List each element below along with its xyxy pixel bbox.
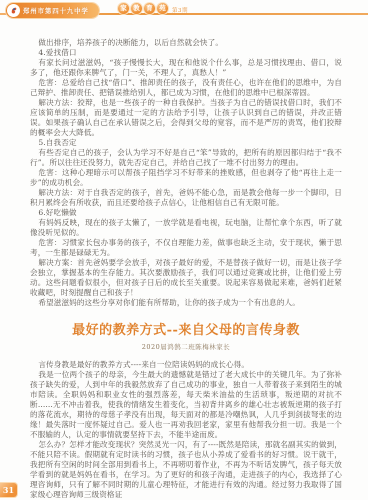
- paragraph: 有家长问过滋滋妈，“孩子慢慢长大，现在和他说个什么事，总是习惯找理由、借口，说多…: [30, 58, 342, 78]
- paragraph: 我是一位两个孩子的母亲，今生最大的遗憾就是错过了老大成长中的关键几年。为了弥补孩…: [30, 370, 342, 440]
- paragraph: 危害：习惯家长包办事务的孩子，不仅自理能力差，做事也缺乏主动，安于现状，懒于思考…: [30, 238, 342, 258]
- section-heading: 6.好吃懒做: [30, 208, 342, 218]
- paragraph: 解决方法：狡辩，也是一些孩子的一种自我保护。当孩子为自己的错误找借口时，我们不应…: [30, 98, 342, 138]
- paragraph: 有妈妈反映，现在的孩子太懒了，一放学就是看电视，玩电脑，让帮忙拿个东西，听了就像…: [30, 218, 342, 238]
- section-heading: 5.自我否定: [30, 138, 342, 148]
- paragraph: 有些否定自己的孩子，会认为学习不好是自己“笨”导致的，把所有的原因都归结于“我不…: [30, 148, 342, 168]
- issue-badge: 苑: [157, 3, 168, 14]
- article-content: 做出排序，培养孩子的决断能力，以后自然就会快了。 4.爱找借口 有家长问过滋滋妈…: [30, 38, 342, 500]
- issue-badge: 家: [118, 3, 129, 14]
- school-name: 郑州市第四十九中学: [23, 6, 89, 15]
- page-header: 郑州市第四十九中学 家 教 育 苑 第3期: [0, 0, 368, 20]
- paragraph: 解决方法：对于自我否定的孩子，首先，爸妈不能心急，而是教会他每一步一个脚印，日积…: [30, 188, 342, 208]
- issue-label: 第3期: [172, 6, 188, 14]
- issue-badge: 育: [144, 3, 155, 14]
- school-logo-icon: [7, 4, 20, 17]
- section-heading: 4.爱找借口: [30, 48, 342, 58]
- article-title: 最好的教养方式--来自父母的言传身教: [30, 319, 342, 338]
- article-byline: 2020届鸿鹄二班陈梅林家长: [30, 342, 342, 351]
- page-number-badge: 31: [0, 483, 17, 497]
- paragraph: 希望滋滋妈的这些分享对你们能有所帮助，让你的孩子成为一个有出息的人。: [30, 298, 342, 308]
- school-banner: 郑州市第四十九中学: [6, 3, 99, 18]
- page-number: 31: [3, 485, 14, 495]
- paragraph: 言传身教是最好的教养方式----来自一位陪读妈妈的成长心得。: [30, 360, 342, 370]
- issue-badge: 教: [131, 3, 142, 14]
- paragraph: 解决方案：首先爸妈要学会放手，对孩子最好的爱，不是替孩子做好一切，而是让孩子学会…: [30, 258, 342, 298]
- paragraph: 做出排序，培养孩子的决断能力，以后自然就会快了。: [30, 38, 342, 48]
- paragraph: 怎么办？怎样才能改变现状？突然灵光一闪，有了----既然是陪读，那就名副其实的做…: [30, 440, 342, 500]
- paragraph: 危害：总爱给自己找“借口”、推卸责任的孩子，没有责任心，也许在他们的思维中，为自…: [30, 78, 342, 98]
- paragraph: 危害：这种心理暗示可以帮孩子阻挡学习不好带来的挫败感，但也剥夺了他“再往上走一步…: [30, 168, 342, 188]
- issue-badges: 家 教 育 苑: [118, 3, 168, 14]
